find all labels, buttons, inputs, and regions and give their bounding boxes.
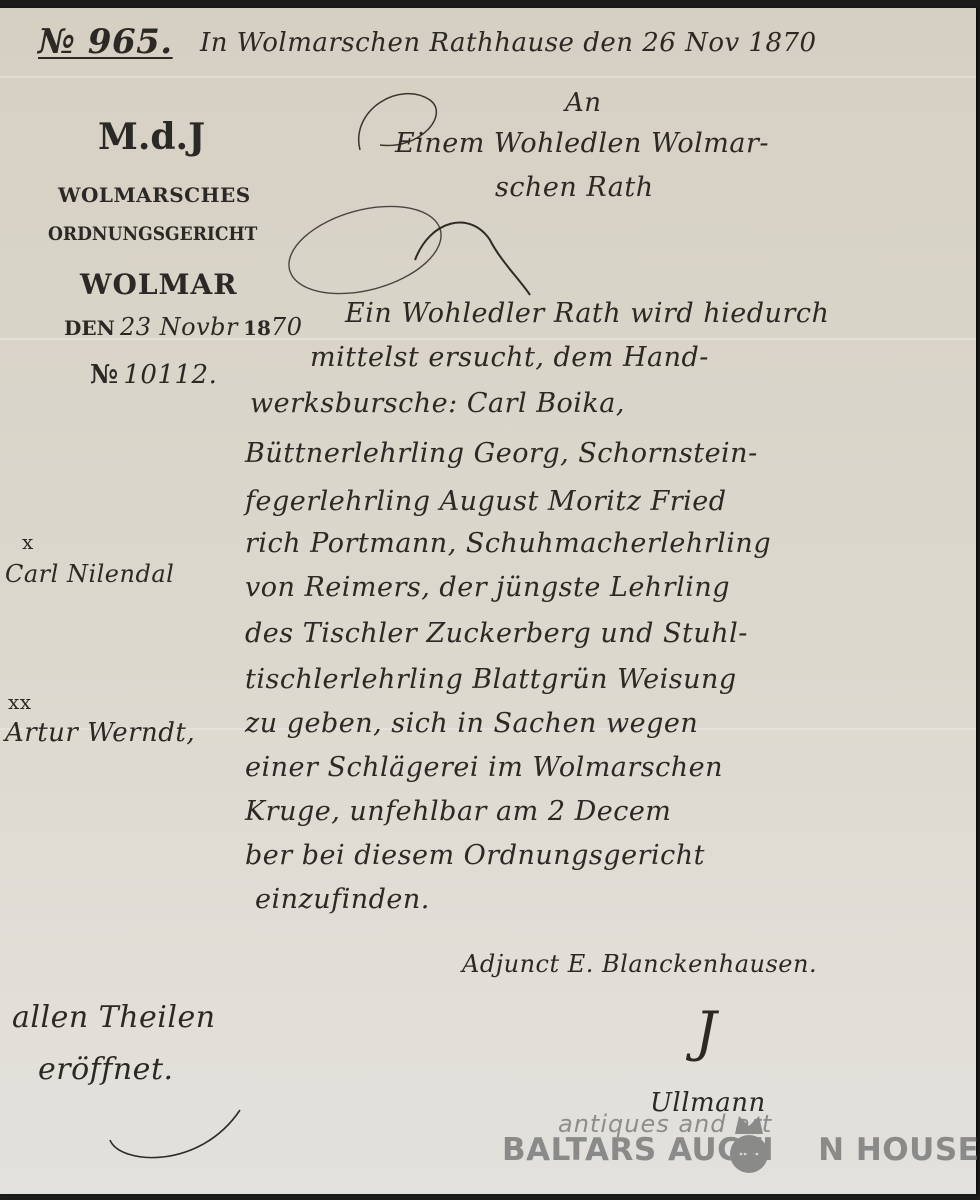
watermark-name-part1: BALTARS AUCTI [502,1132,774,1168]
stamp-number: № 10112. [90,360,217,390]
adjunct-signature: Adjunct E. Blanckenhausen. [462,950,817,978]
stamp-year-handwritten: 70 [271,313,303,341]
body-line: fegerlehrling August Moritz Fried [245,486,727,517]
address-line2: Einem Wohledlen Wolmar- [395,128,769,159]
paper-fold [0,76,976,78]
body-line: einzufinden. [255,884,430,915]
note-line2: eröffnet. [38,1052,174,1087]
stamp-number-prefix: № [90,360,118,390]
stamp-line2: ORDNUNGSGERICHT [48,223,257,245]
body-line: werksbursche: Carl Boika, [250,388,625,419]
watermark-name: BALTARS AUCTIN HOUSE [502,1132,979,1168]
address-line1: An [565,88,602,118]
header-place-date: In Wolmarschen Rathhause den 26 Nov 1870 [200,28,817,58]
stamp-year-printed: 18 [243,316,271,340]
document-number: № 965. [38,22,173,62]
flourish-signature: J [695,1000,717,1063]
body-line: ber bei diesem Ordnungsgericht [245,840,705,871]
body-line: tischlerlehrling Blattgrün Weisung [245,664,737,695]
stamp-monogram: M.d.J [98,116,205,158]
note-line1: allen Theilen [12,1000,216,1035]
stamp-date: DEN 23 Novbr 1870 [64,313,302,341]
body-line: mittelst ersucht, dem Hand- [310,342,709,373]
capital-a-flourish-icon [360,70,370,80]
body-line: von Reimers, der jüngste Lehrling [245,572,730,603]
stamp-line3: WOLMAR [80,268,238,301]
body-line: zu geben, sich in Sachen wegen [245,708,698,739]
margin-note-1: Carl Nilendal [5,560,174,588]
body-line: des Tischler Zuckerberg und Stuhl- [245,618,748,649]
body-line: Kruge, unfehlbar am 2 Decem [245,796,671,827]
initial-e-flourish-icon [290,200,300,210]
body-line: Ein Wohledler Rath wird hiedurch [345,298,829,329]
body-line: rich Portmann, Schuhmacherlehrling [245,528,771,559]
margin-marker-x: x [22,530,34,554]
body-line: Büttnerlehrling Georg, Schornstein- [245,438,758,469]
stamp-line1: WOLMARSCHES [58,183,251,207]
watermark-name-part2: N HOUSE [818,1132,979,1168]
margin-note-2: Artur Werndt, [5,718,195,748]
body-line: einer Schlägerei im Wolmarschen [245,752,723,783]
address-line3: schen Rath [495,172,654,203]
stamp-number-handwritten: 10112. [123,360,217,390]
note-flourish-icon [110,1100,120,1110]
margin-marker-xx: xx [8,690,32,714]
stamp-date-prefix: DEN [64,316,115,340]
stamp-date-handwritten: 23 Novbr [120,313,238,341]
